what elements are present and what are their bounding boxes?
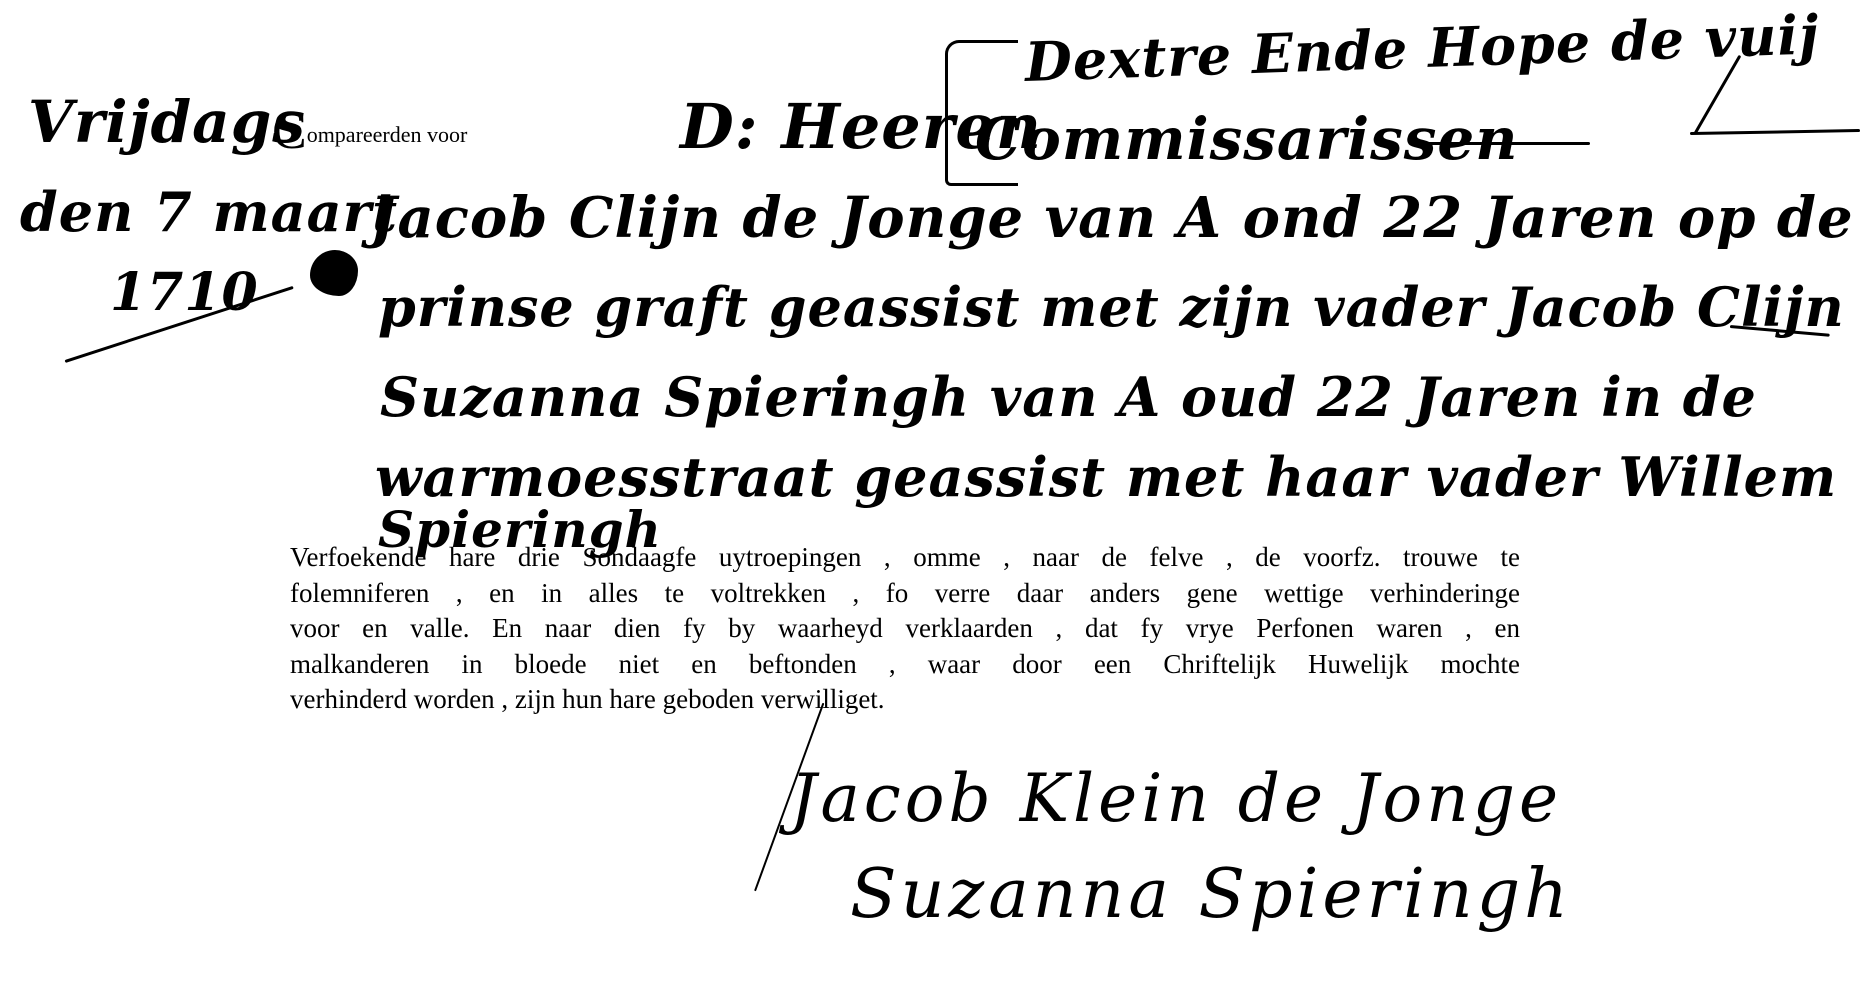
ink-blot <box>310 250 358 296</box>
handwritten-commissarissen: Commissarissen <box>975 105 1518 173</box>
underline-top-right <box>1690 129 1860 135</box>
printed-line: Verfoekende hare drie Sondaagfe uytroepi… <box>290 540 1520 576</box>
printed-body-paragraph: Verfoekende hare drie Sondaagfe uytroepi… <box>290 540 1520 718</box>
handwritten-line-top: Dextre Ende Hope de vuij <box>1024 2 1821 94</box>
printed-line: malkanderen in bloede niet en beftonden … <box>290 647 1520 683</box>
margin-note-date: den 7 maart <box>20 180 398 244</box>
scanned-document-page: Dextre Ende Hope de vuij Vrijdags den 7 … <box>0 0 1873 1001</box>
signature-bride: Suzanna Spieringh <box>850 855 1572 934</box>
printed-line: voor en valle. En naar dien fy by waarhe… <box>290 611 1520 647</box>
underline-commissarissen <box>1420 142 1590 145</box>
handwritten-line-groom-address: prinse graft geassist met zijn vader Jac… <box>378 275 1845 339</box>
printed-heading: Compareerden voor <box>272 112 467 152</box>
heading-initial: C <box>272 103 307 160</box>
printed-line: folemniferen , en in alles te voltrekken… <box>290 576 1520 612</box>
margin-note-year: 1710 <box>110 262 259 323</box>
heading-text: ompareerden voor <box>307 122 468 147</box>
handwritten-line-bride: Suzanna Spieringh van A oud 22 Jaren in … <box>380 365 1757 429</box>
printed-line: verhinderd worden , zijn hun hare gebode… <box>290 682 1520 718</box>
handwritten-line-groom: Jacob Clijn de Jonge van A ond 22 Jaren … <box>370 185 1854 251</box>
signature-groom: Jacob Klein de Jonge <box>790 760 1562 837</box>
margin-note-day: Vrijdags <box>28 88 306 156</box>
